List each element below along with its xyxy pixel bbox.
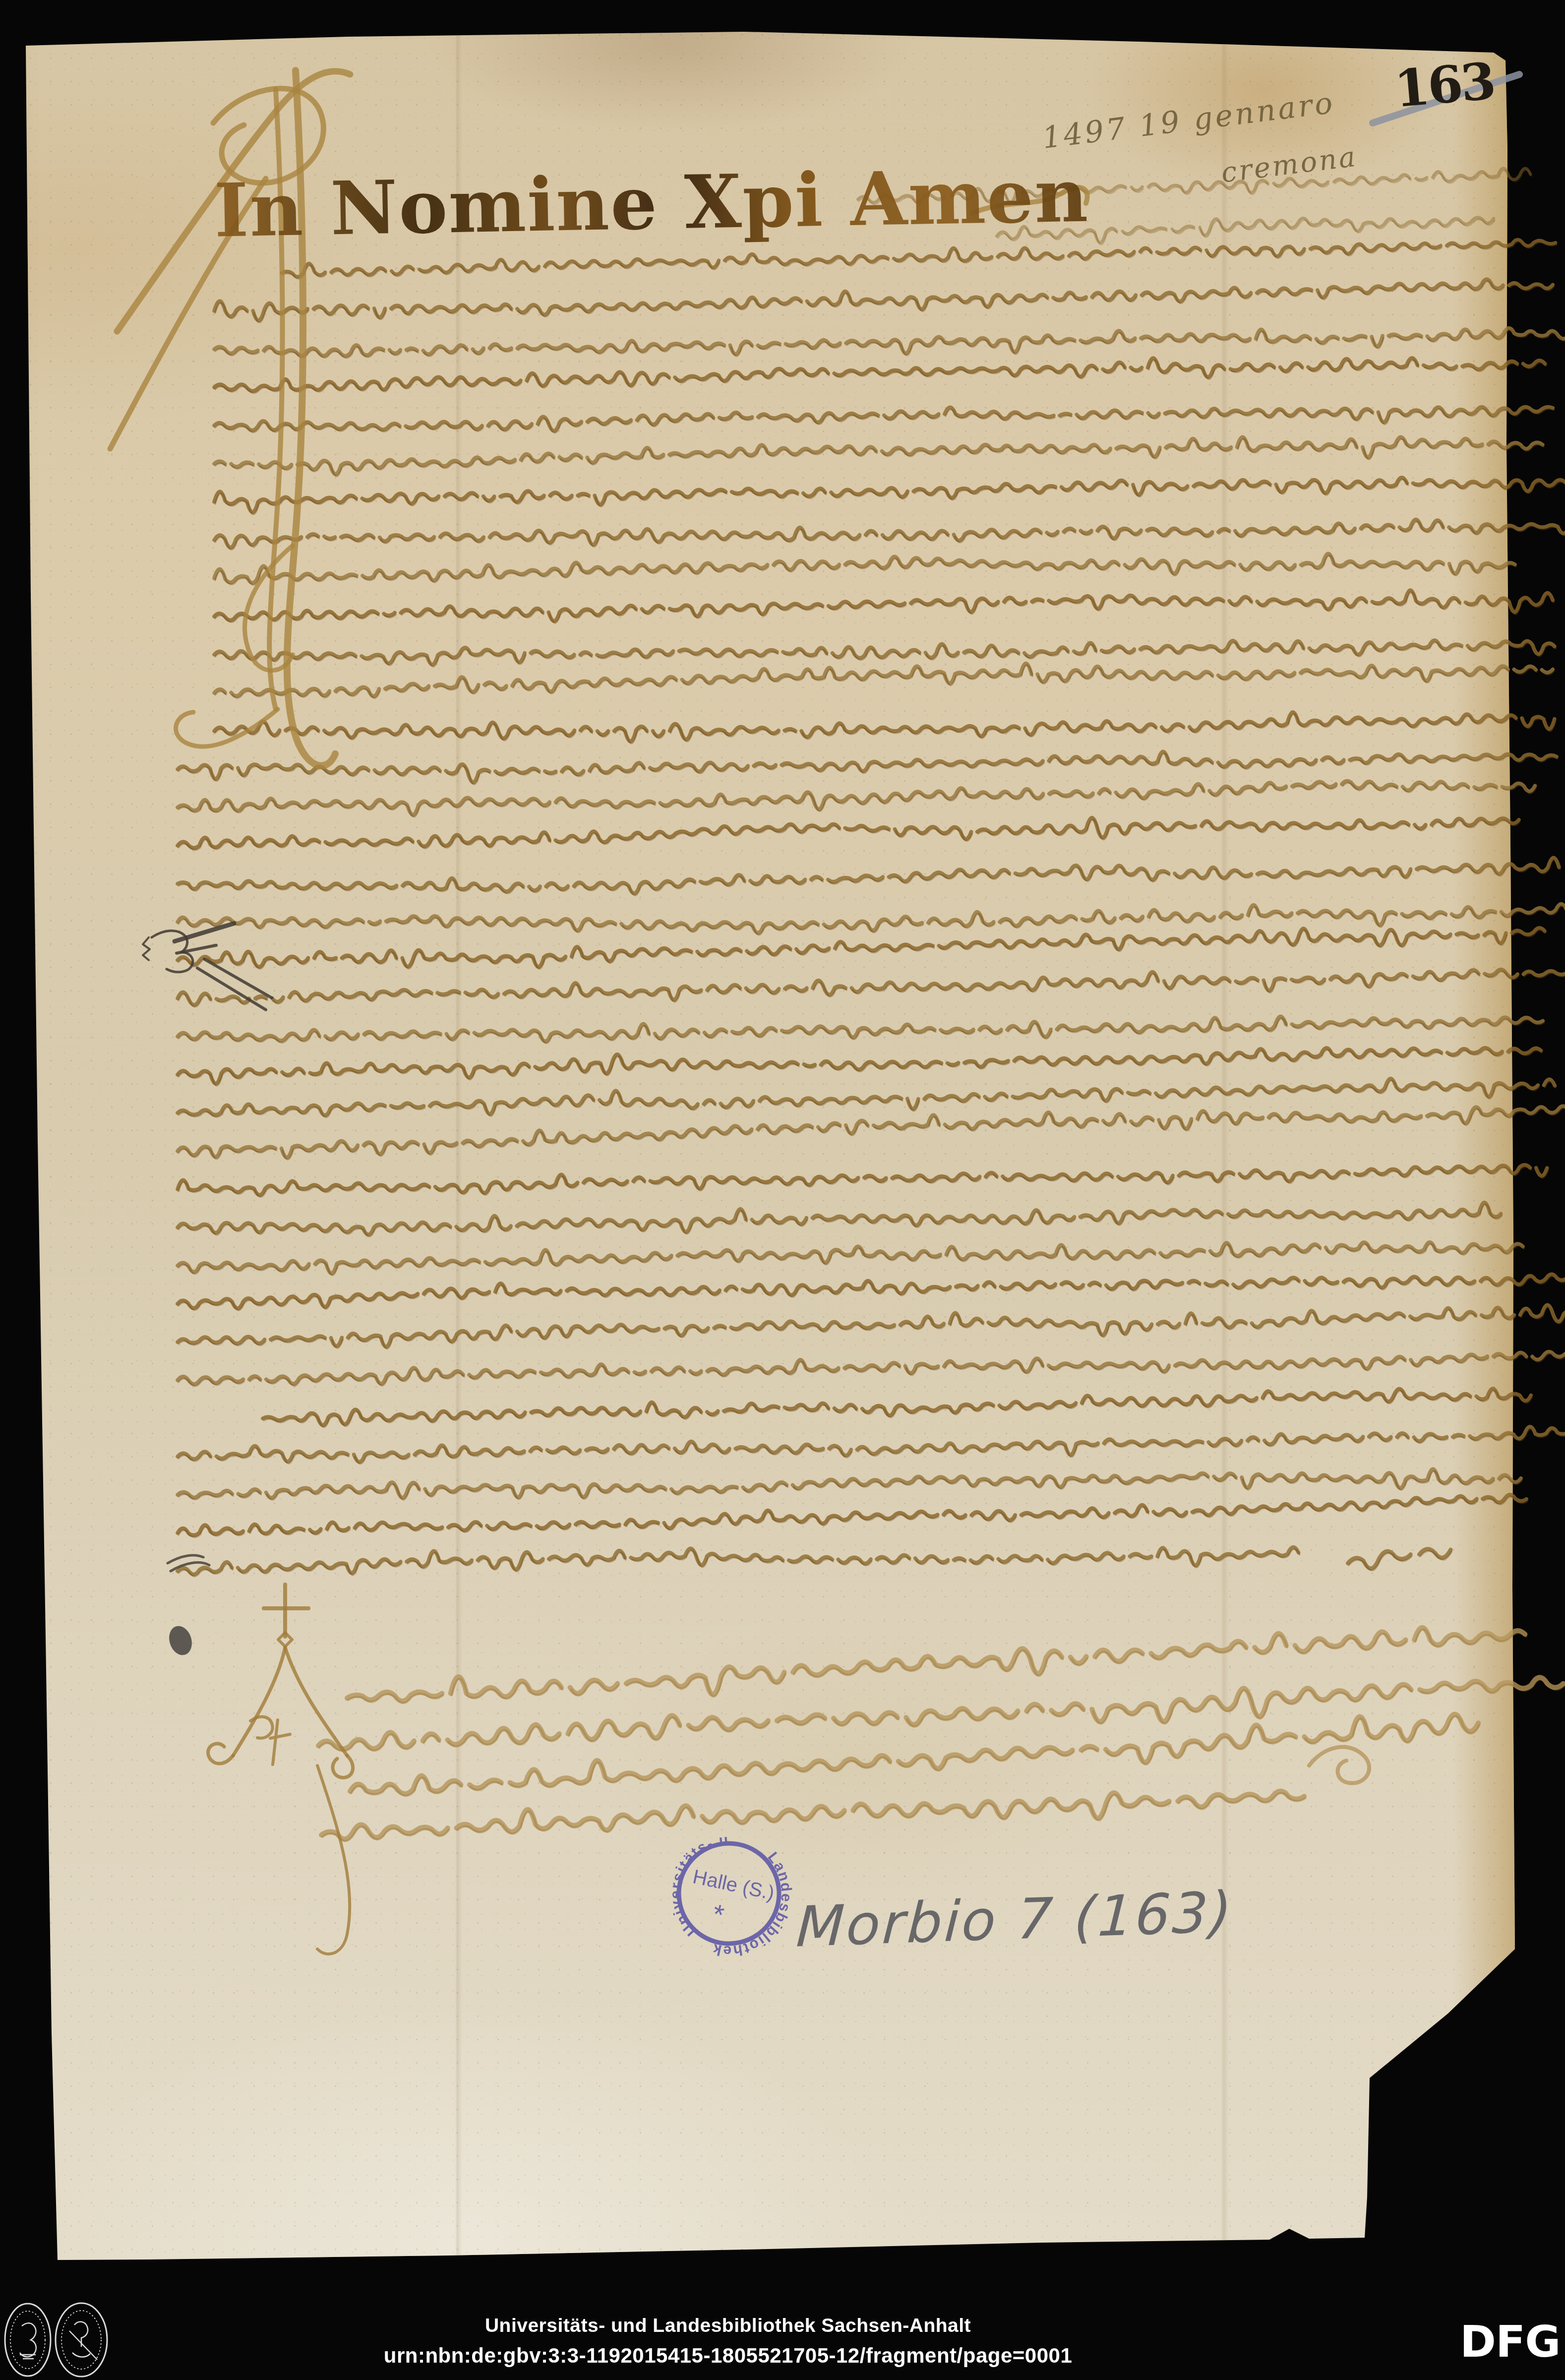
digitized-charter-page: Universitäts- u. Landesbibliothek Halle … (0, 0, 1565, 2380)
invocation-heading: In Nomine Xpi Amen (214, 152, 1090, 254)
footer-institution-label: Universitäts- und Landesbibliothek Sachs… (0, 2315, 1456, 2337)
folio-number: 163 (1392, 51, 1497, 119)
footer-urn-label: urn:nbn:de:gbv:3:3-1192015415-1805521705… (0, 2344, 1456, 2368)
dfg-logo: DFG (1460, 2316, 1560, 2367)
parchment-sheet (0, 0, 1565, 2380)
